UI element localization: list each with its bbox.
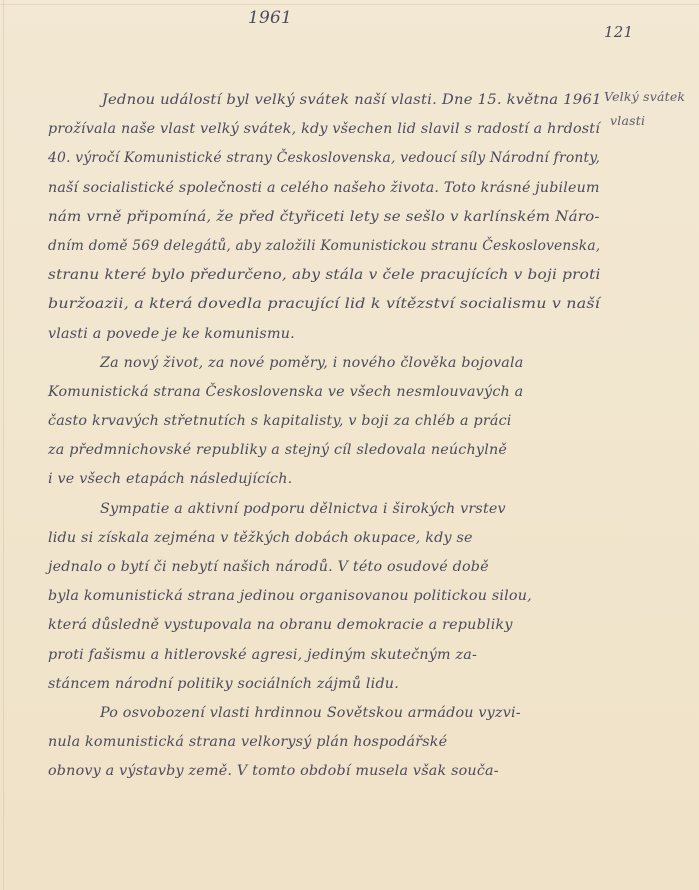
text-line: nám vrně připomíná, že před čtyřiceti le… <box>48 203 628 232</box>
text-line: 40. výročí Komunistické strany Českoslov… <box>48 144 585 173</box>
text-line: Po osvobození vlasti hrdinnou Sovětskou … <box>48 699 600 728</box>
paragraph-2: Za nový život, za nové poměry, i nového … <box>48 349 600 495</box>
paragraph-3: Sympatie a aktivní podporu dělnictva i š… <box>48 495 600 699</box>
text-line: proti fašismu a hitlerovské agresi, jedi… <box>48 641 600 670</box>
text-line: Komunistická strana Československa ve vš… <box>48 378 600 407</box>
text-line: stranu které bylo předurčeno, aby stála … <box>48 261 639 290</box>
text-line: nula komunistická strana velkorysý plán … <box>48 728 600 757</box>
text-line: vlasti a povede je ke komunismu. <box>48 320 600 349</box>
text-line: byla komunistická strana jedinou organis… <box>48 582 600 611</box>
text-line: za předmnichovské republiky a stejný cíl… <box>48 436 600 465</box>
text-line: dním domě 569 delegátů, aby založili Kom… <box>48 232 581 261</box>
chronicle-body-text: Jednou událostí byl velký svátek naší vl… <box>48 86 600 787</box>
text-line: Za nový život, za nové poměry, i nového … <box>48 349 600 378</box>
text-line: která důsledně vystupovala na obranu dem… <box>48 611 600 640</box>
text-line: Jednou událostí byl velký svátek naší vl… <box>48 86 619 115</box>
text-line: jednalo o bytí či nebytí našich národů. … <box>48 553 600 582</box>
text-line: často krvavých střetnutích s kapitalisty… <box>48 407 600 436</box>
text-line: naší socialistické společnosti a celého … <box>48 174 597 203</box>
text-line: Sympatie a aktivní podporu dělnictva i š… <box>48 495 600 524</box>
handwritten-chronicle-page: 1961 121 Velký svátek vlasti Jednou udál… <box>0 0 699 890</box>
year-heading: 1961 <box>248 8 292 28</box>
text-line: lidu si získala zejména v těžkých dobách… <box>48 524 600 553</box>
paragraph-1: Jednou událostí byl velký svátek naší vl… <box>48 86 600 349</box>
text-line: buržoazii, a která dovedla pracující lid… <box>48 290 660 319</box>
text-line: i ve všech etapách následujících. <box>48 465 600 494</box>
paragraph-4: Po osvobození vlasti hrdinnou Sovětskou … <box>48 699 600 787</box>
page-number: 121 <box>604 23 633 41</box>
text-line: obnovy a výstavby země. V tomto období m… <box>48 757 600 786</box>
text-line: prožívala naše vlast velký svátek, kdy v… <box>48 115 600 144</box>
text-line: stáncem národní politiky sociálních zájm… <box>48 670 600 699</box>
